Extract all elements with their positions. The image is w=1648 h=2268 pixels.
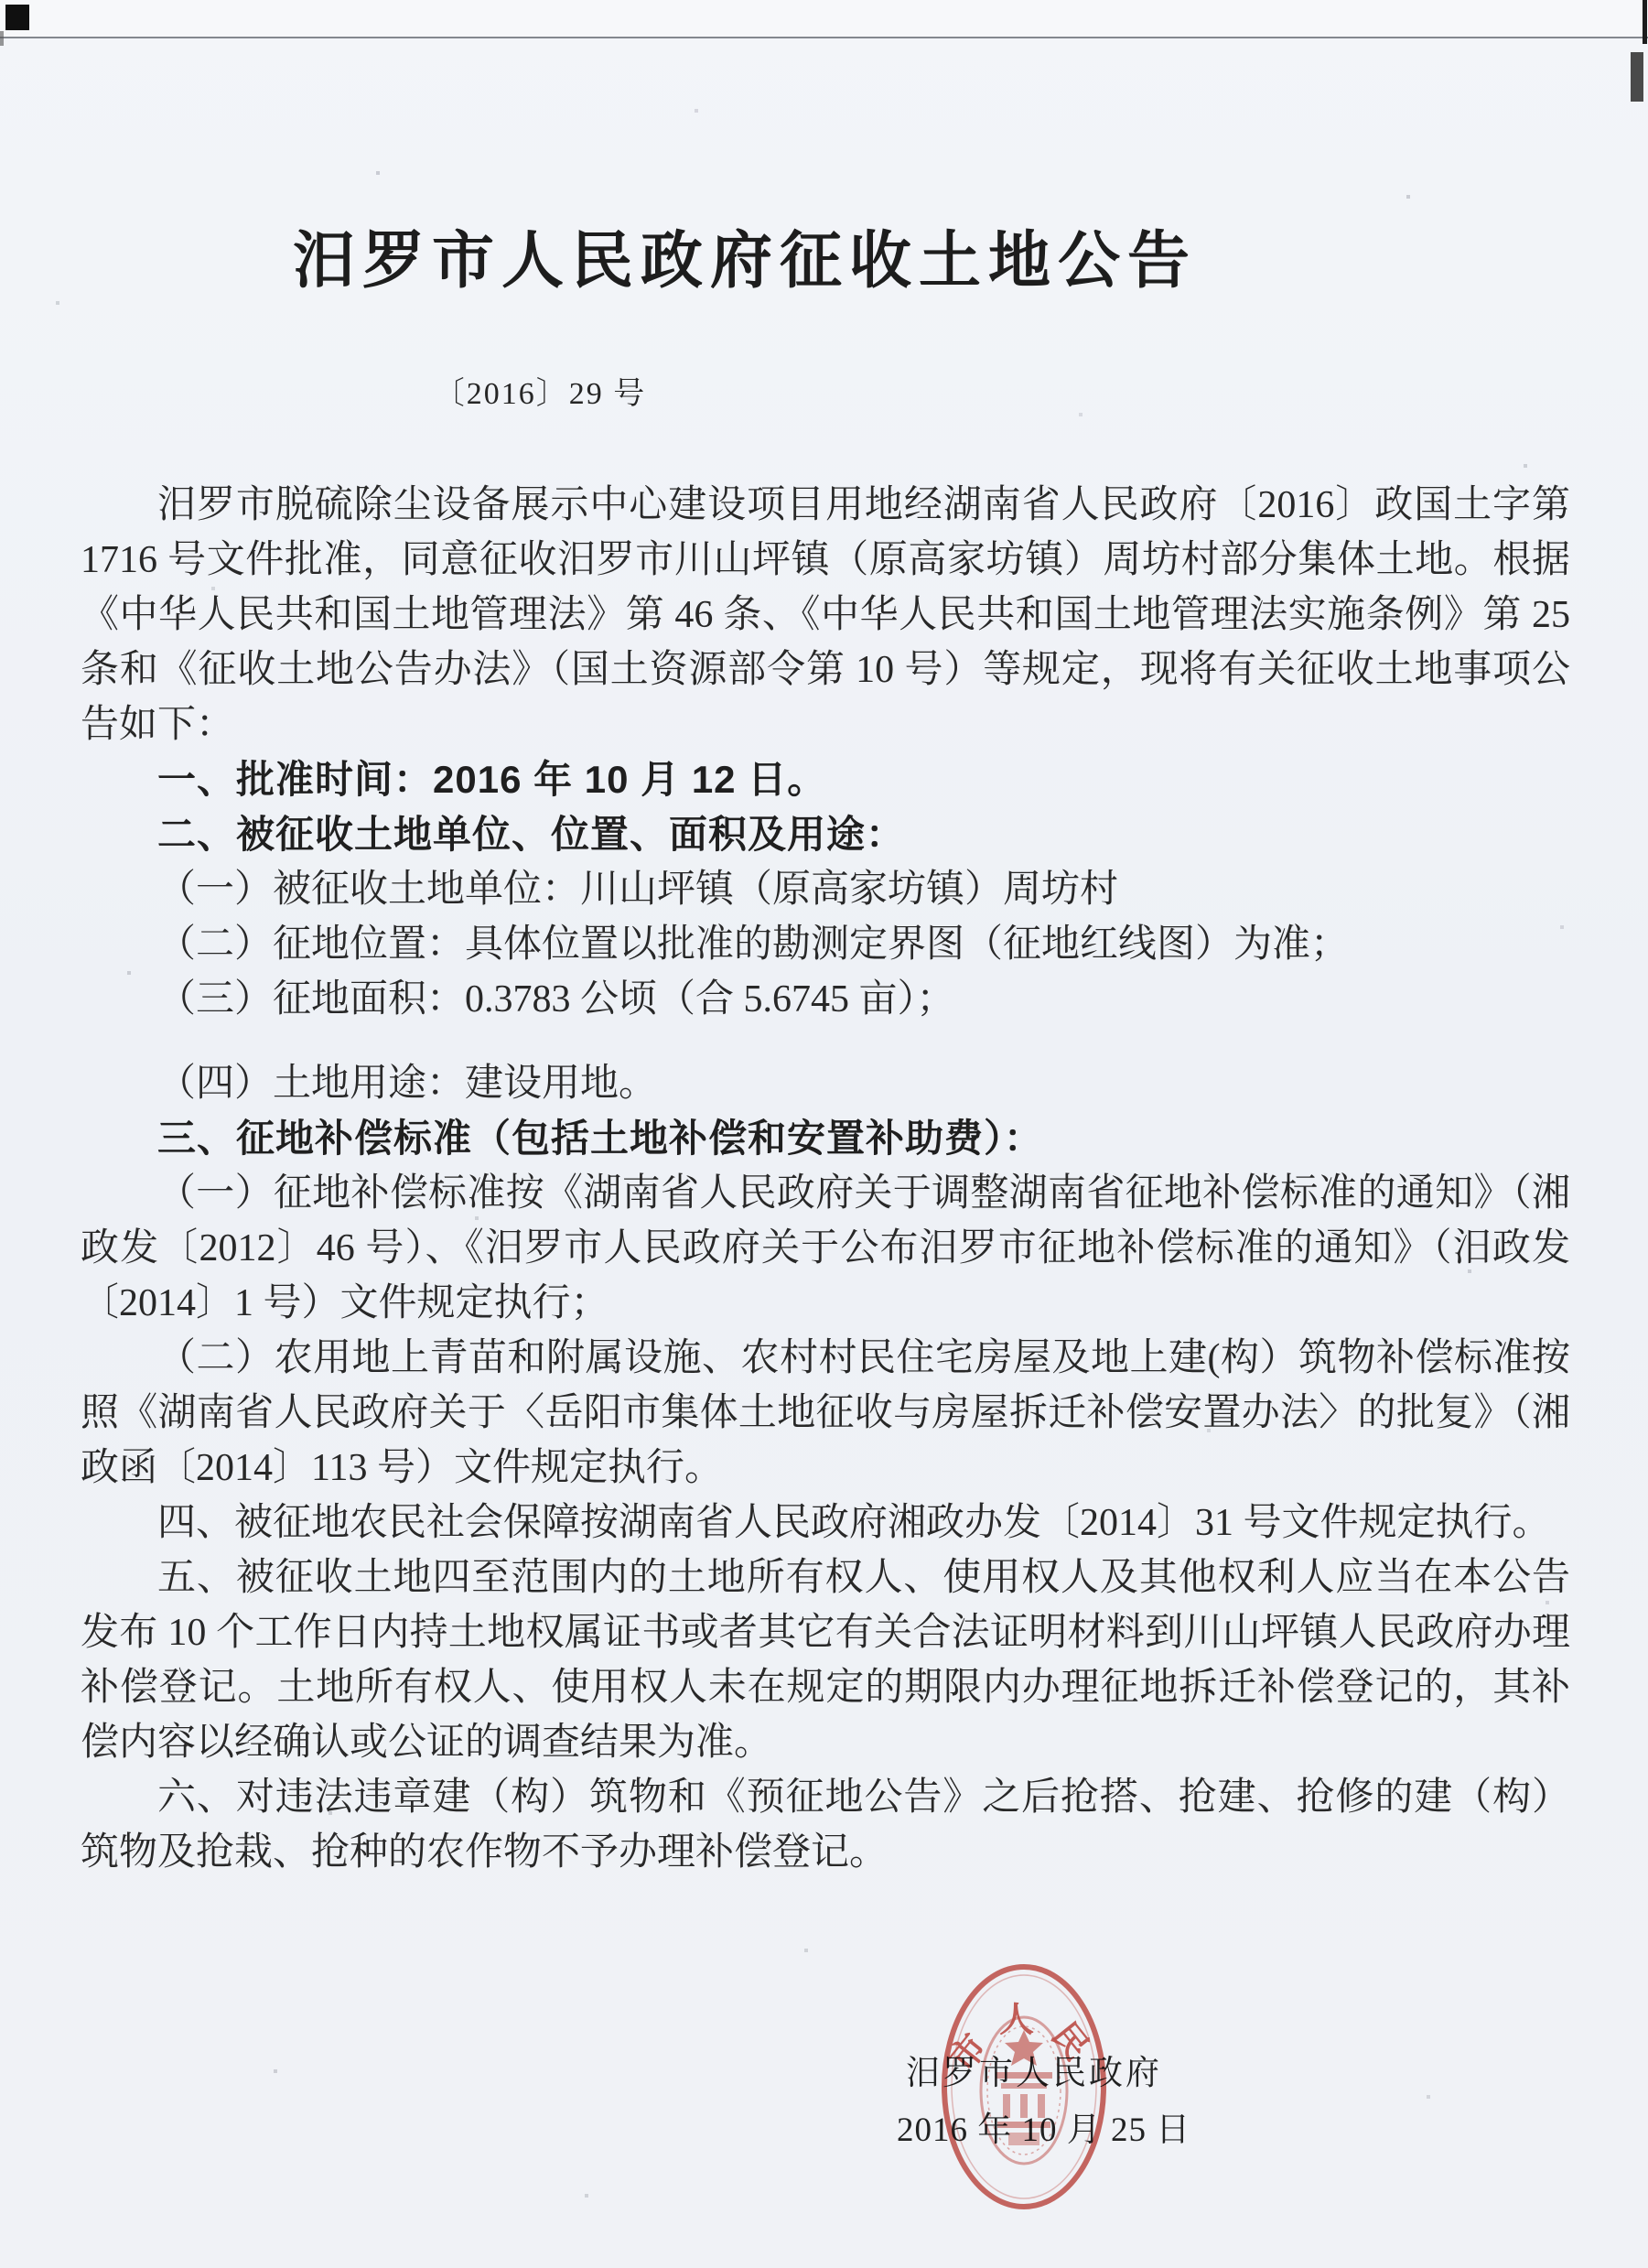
section-6-illegal-structures: 六、对违法违章建（构）筑物和《预征地公告》之后抢搭、抢建、抢修的建（构）筑物及抢… bbox=[81, 1770, 1570, 1880]
scan-edge-line-right bbox=[1643, 0, 1647, 44]
signature-organization: 汨罗市人民政府 bbox=[906, 2045, 1162, 2094]
scan-artifact-top-left bbox=[5, 5, 29, 30]
item-2-1-unit: （一）被征收土地单位：川山坪镇（原高家坊镇）周坊村 bbox=[81, 862, 1570, 917]
section-5-registration: 五、被征收土地四至范围内的土地所有权人、使用权人及其他权利人应当在本公告发布 1… bbox=[81, 1550, 1570, 1770]
section-1-approval-time: 一、批准时间：2016 年 10 月 12 日。 bbox=[81, 752, 1570, 807]
scan-artifact-top-right bbox=[1631, 52, 1643, 102]
item-2-4-use: （四）土地用途：建设用地。 bbox=[81, 1056, 1570, 1111]
scanned-document-page: 汨罗市人民政府征收土地公告 〔2016〕29 号 汨罗市脱硫除尘设备展示中心建设… bbox=[0, 0, 1648, 2268]
document-number: 〔2016〕29 号 bbox=[0, 368, 1080, 413]
scan-noise-speckles bbox=[0, 0, 2, 2]
item-3-2-standard: （二）农用地上青苗和附属设施、农村村民住宅房屋及地上建(构）筑物补偿标准按照《湖… bbox=[81, 1331, 1570, 1496]
item-3-1-standard: （一）征地补偿标准按《湖南省人民政府关于调整湖南省征地补偿标准的通知》（湘政发〔… bbox=[81, 1166, 1570, 1331]
scan-edge-line-left bbox=[0, 31, 4, 46]
document-title: 汨罗市人民政府征收土地公告 bbox=[0, 227, 1490, 296]
section-2-heading: 二、被征收土地单位、位置、面积及用途： bbox=[81, 807, 1570, 862]
section-4-social-security: 四、被征地农民社会保障按湖南省人民政府湘政办发〔2014〕31 号文件规定执行。 bbox=[81, 1496, 1570, 1550]
scan-edge-strip bbox=[0, 0, 1648, 38]
section-3-heading: 三、征地补偿标准（包括土地补偿和安置补助费）： bbox=[81, 1111, 1570, 1166]
paragraph-intro: 汨罗市脱硫除尘设备展示中心建设项目用地经湖南省人民政府〔2016〕政国土字第 1… bbox=[81, 478, 1570, 752]
signature-date: 2016 年 10 月 25 日 bbox=[897, 2101, 1190, 2151]
item-2-2-location: （二）征地位置：具体位置以批准的勘测定界图（征地红线图）为准； bbox=[81, 917, 1570, 972]
document-body: 汨罗市脱硫除尘设备展示中心建设项目用地经湖南省人民政府〔2016〕政国土字第 1… bbox=[81, 478, 1570, 1880]
item-2-3-area: （三）征地面积：0.3783 公顷（合 5.6745 亩）； bbox=[81, 972, 1570, 1027]
